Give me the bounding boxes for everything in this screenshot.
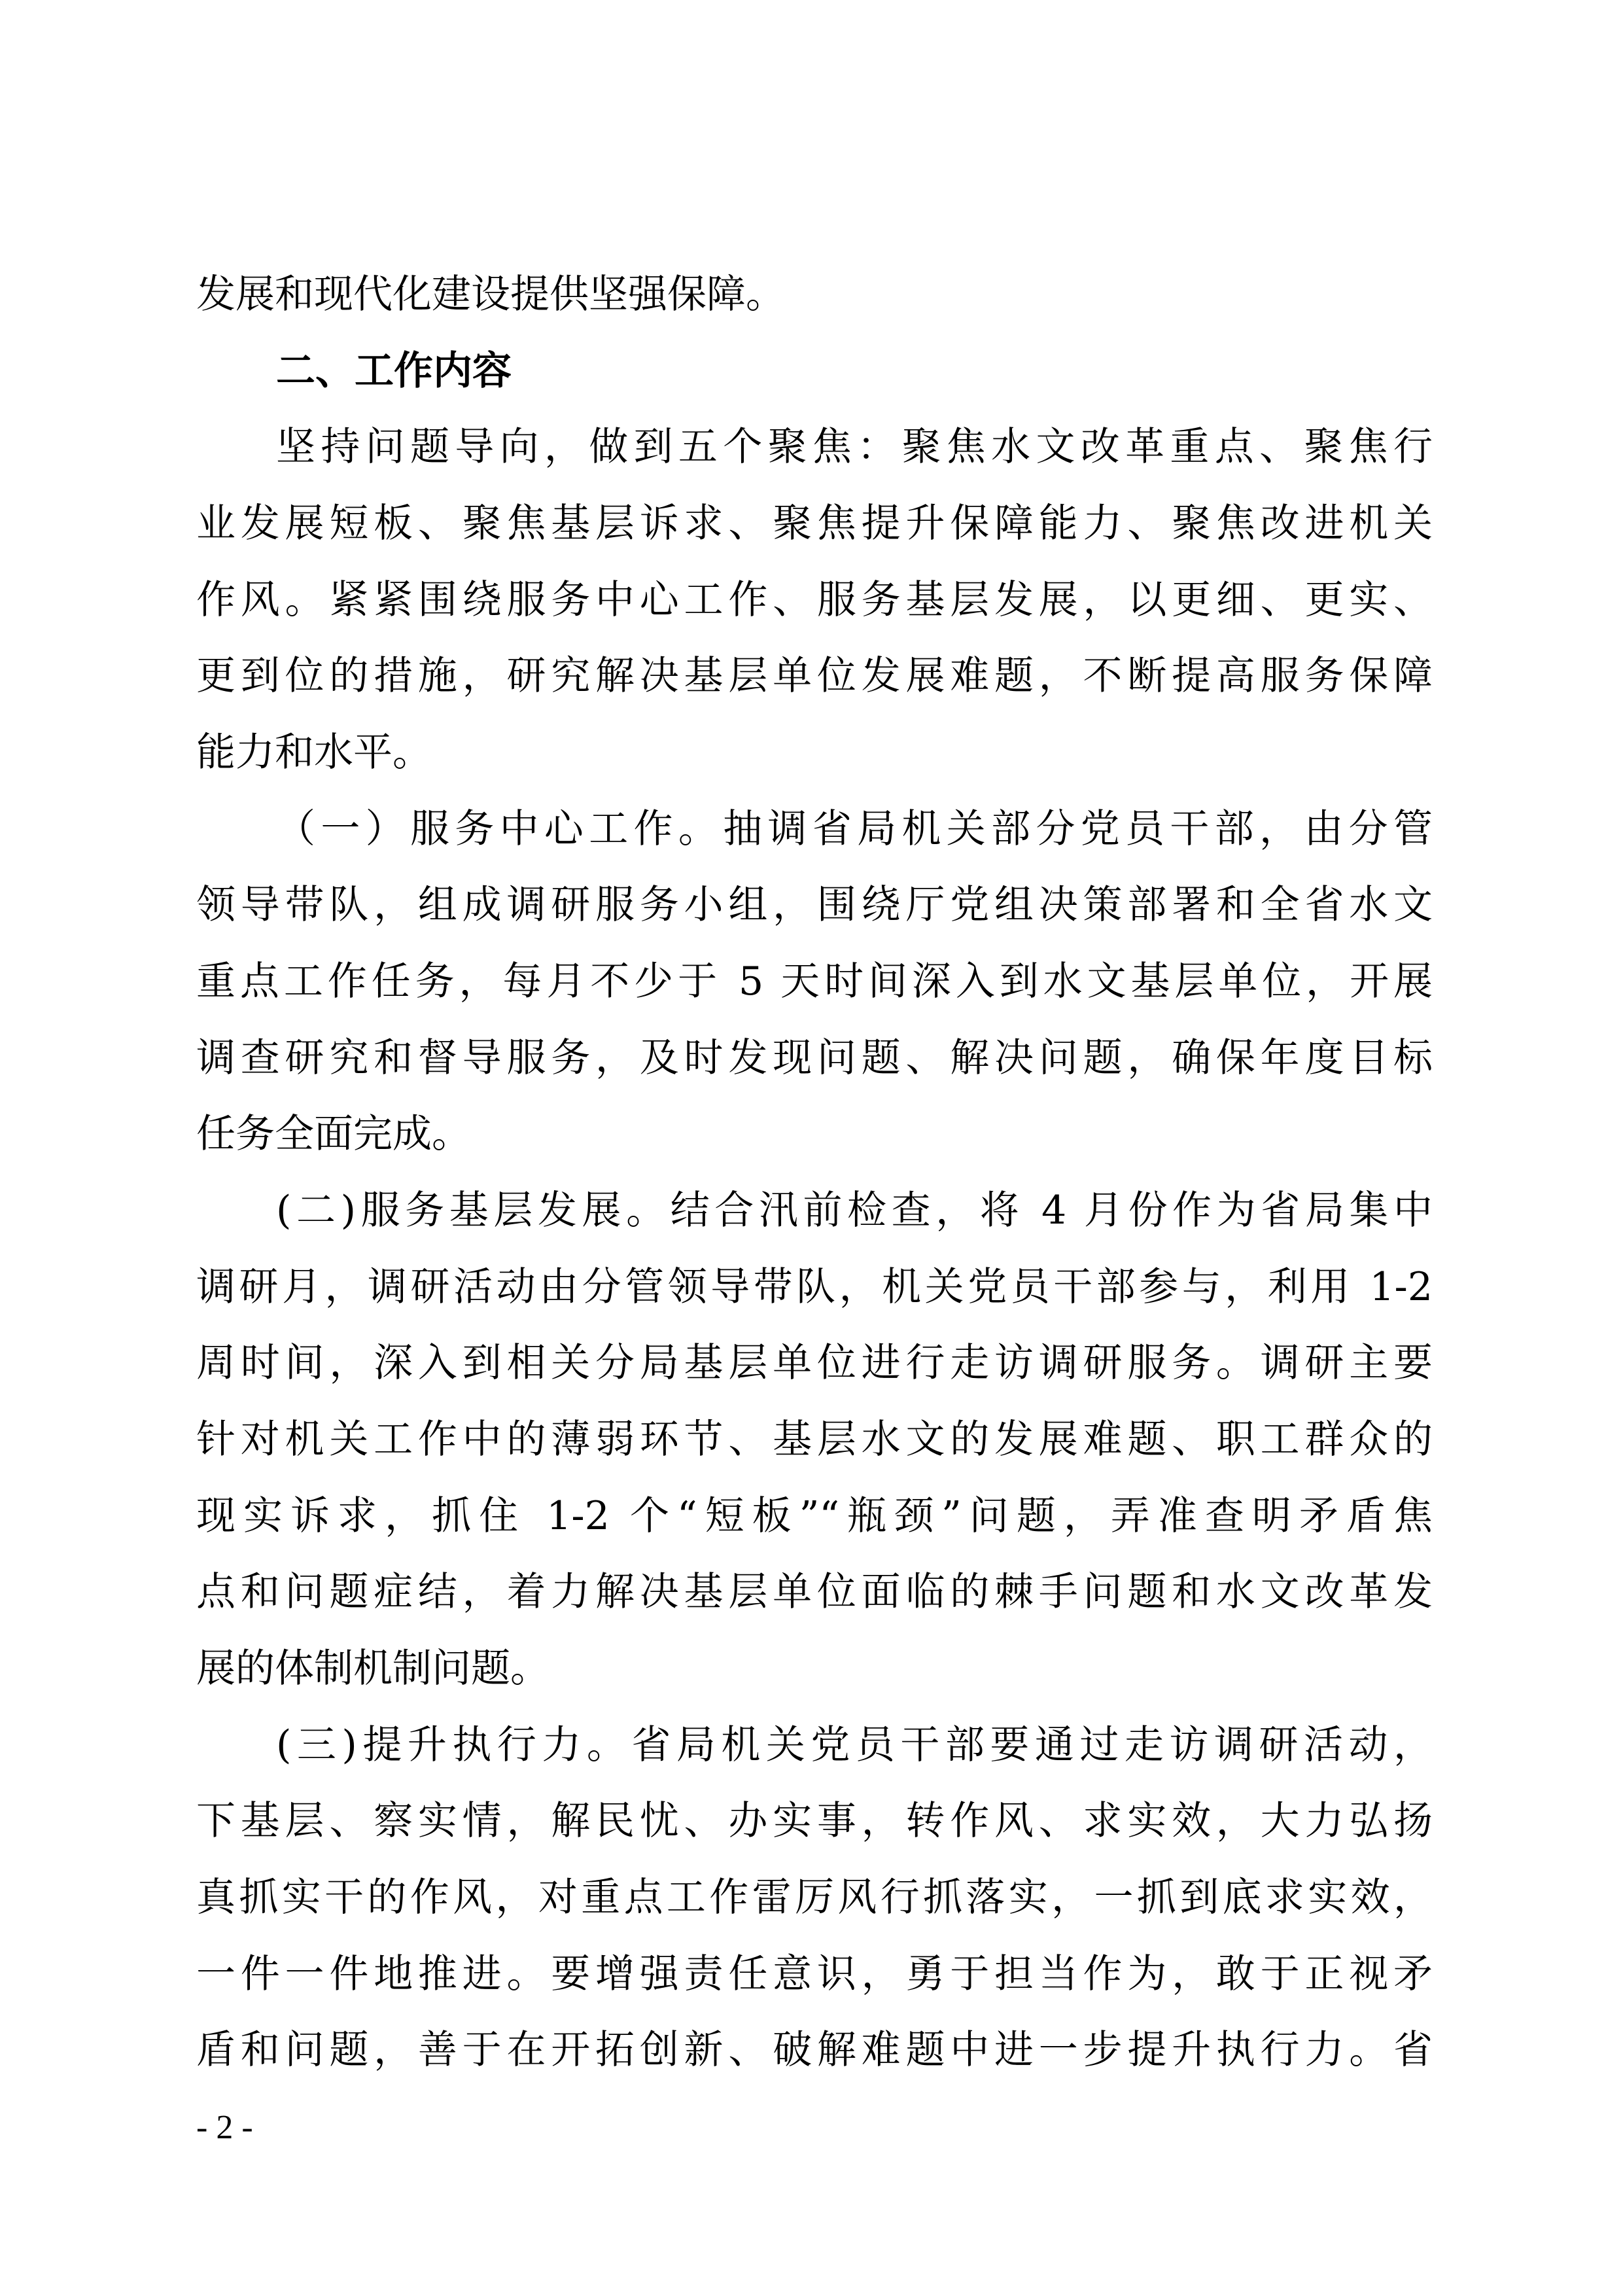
page-number: - 2 - <box>196 2108 253 2147</box>
text-line: 更到位的措施，研究解决基层单位发展难题，不断提高服务保障 <box>196 650 1433 702</box>
text-line: 调研月，调研活动由分管领导带队，机关党员干部参与，利用 1-2 <box>196 1261 1433 1313</box>
text-line: 作风。紧紧围绕服务中心工作、服务基层发展，以更细、更实、 <box>196 574 1433 626</box>
text-line: 能力和水平。 <box>196 726 1433 779</box>
text-line: 点和问题症结，着力解决基层单位面临的棘手问题和水文改革发 <box>196 1566 1433 1618</box>
text-line: (二)服务基层发展。结合汛前检查，将 4 月份作为省局集中 <box>196 1184 1433 1237</box>
text-line: 重点工作任务，每月不少于 5 天时间深入到水文基层单位，开展 <box>196 955 1433 1008</box>
text-line: （一）服务中心工作。抽调省局机关部分党员干部，由分管 <box>196 803 1433 855</box>
section-heading: 二、工作内容 <box>196 345 1433 397</box>
text-line: 坚持问题导向，做到五个聚焦：聚焦水文改革重点、聚焦行 <box>196 421 1433 473</box>
text-line: 任务全面完成。 <box>196 1108 1433 1160</box>
text-line: 针对机关工作中的薄弱环节、基层水文的发展难题、职工群众的 <box>196 1413 1433 1466</box>
text-line: 一件一件地推进。要增强责任意识，勇于担当作为，敢于正视矛 <box>196 1948 1433 2000</box>
text-line: 发展和现代化建设提供坚强保障。 <box>196 268 1433 321</box>
text-line: 下基层、察实情，解民忧、办实事，转作风、求实效，大力弘扬 <box>196 1795 1433 1847</box>
text-line: 调查研究和督导服务，及时发现问题、解决问题，确保年度目标 <box>196 1032 1433 1084</box>
text-line: 展的体制机制问题。 <box>196 1642 1433 1695</box>
text-line: (三)提升执行力。省局机关党员干部要通过走访调研活动， <box>196 1719 1433 1771</box>
text-line: 盾和问题，善于在开拓创新、破解难题中进一步提升执行力。省 <box>196 2024 1433 2076</box>
text-line: 真抓实干的作风，对重点工作雷厉风行抓落实，一抓到底求实效， <box>196 1871 1433 1924</box>
text-line: 周时间，深入到相关分局基层单位进行走访调研服务。调研主要 <box>196 1337 1433 1389</box>
text-line: 领导带队，组成调研服务小组，围绕厅党组决策部署和全省水文 <box>196 879 1433 931</box>
text-line: 业发展短板、聚焦基层诉求、聚焦提升保障能力、聚焦改进机关 <box>196 497 1433 550</box>
text-line: 现实诉求，抓住 1-2 个“短板”“瓶颈”问题，弄准查明矛盾焦 <box>196 1490 1433 1542</box>
